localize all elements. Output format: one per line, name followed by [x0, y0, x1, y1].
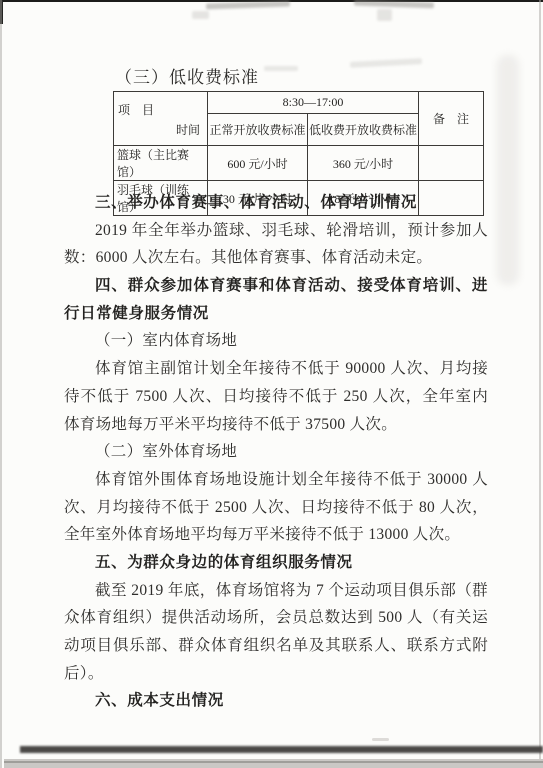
scan-smudge: [264, 66, 298, 71]
scan-smudge: [377, 9, 392, 21]
scan-top-edge: [0, 0, 543, 2]
scan-smudge: [206, 1, 290, 10]
body-text-line: 体育场地每万平米平均接待不低于 37500 人次。: [64, 411, 488, 439]
body-text-line: 数：6000 人次左右。其他体育赛事、体育活动未定。: [64, 244, 488, 272]
remark-cell: [419, 146, 484, 181]
body-text-line: （二）室外体育场地: [64, 438, 488, 466]
table-row: 篮球（主比赛馆）600 元/小时360 元/小时: [114, 146, 484, 181]
time-range-cell: 8:30—17:00: [208, 92, 419, 114]
scan-faint-dash: [372, 738, 389, 741]
scan-smudge: [350, 58, 422, 68]
body-text-line: 众体育组织）提供活动场所，会员总数达到 500 人（有关运: [64, 604, 488, 632]
item-cell: 篮球（主比赛馆）: [114, 146, 208, 181]
section-heading-line: 三、举办体育赛事、体育活动、体育培训情况: [64, 189, 488, 217]
section-heading-line: 六、成本支出情况: [64, 687, 488, 715]
normal-fee-cell: 600 元/小时: [208, 146, 308, 181]
body-text-line: 次、月均接待不低于 2500 人次、日均接待不低于 80 人次，: [64, 494, 488, 522]
body-text-line: 后）。: [64, 660, 488, 688]
body-text-line: 待不低于 7500 人次、日均接待不低于 250 人次，全年室内: [64, 383, 488, 411]
corner-time-label: 时间: [176, 121, 200, 138]
remark-header-cell: 备 注: [419, 92, 484, 146]
table-header-row-time: 时间 收费标准 项 目 8:30—17:00 备 注: [114, 92, 484, 114]
body-text-line: 体育馆主副馆计划全年接待不低于 90000 人次、月均接: [64, 355, 488, 383]
section-heading-line: 五、为群众身边的体育组织服务情况: [64, 549, 488, 577]
low-fee-cell: 360 元/小时: [308, 146, 419, 181]
scan-smudge: [354, 0, 434, 8]
scan-right-streak: [497, 55, 519, 285]
body-text-line: 体育馆外围体育场地设施计划全年接待不低于 30000 人: [64, 466, 488, 494]
body-text-line: （一）室内体育场地: [64, 327, 488, 355]
table-corner-cell: 时间 收费标准 项 目: [114, 92, 208, 146]
scan-left-edge: [0, 0, 2, 768]
body-text-line: 动项目俱乐部、群众体育组织名单及其联系人、联系方式附: [64, 632, 488, 660]
document-body-text: 三、举办体育赛事、体育活动、体育培训情况2019 年全年举办篮球、羽毛球、轮滑培…: [64, 189, 488, 715]
section-heading-low-fee-standard: （三）低收费标准: [115, 63, 259, 88]
body-text-line: 2019 年全年举办篮球、羽毛球、轮滑培训，预计参加人: [64, 217, 488, 245]
body-text-line: 截至 2019 年底，体育场馆将为 7 个运动项目俱乐部（群: [64, 577, 488, 605]
scan-left-corner: [0, 0, 3, 24]
low-fee-header-cell: 低收费开放收费标准: [308, 114, 419, 146]
scanned-document-page: （三）低收费标准 时间 收费标准 项 目 8:30—17:00 备 注 正常开放…: [0, 0, 543, 768]
scan-right-edge: [539, 0, 541, 768]
corner-fee-standard-label: 收费标准: [150, 144, 198, 146]
section-heading-line: 四、群众参加体育赛事和体育活动、接受体育培训、进: [64, 272, 488, 300]
normal-fee-header-cell: 正常开放收费标准: [208, 114, 308, 146]
scan-bottom-shadow: [20, 746, 543, 753]
scan-bottom-edge: [4, 759, 543, 768]
scan-bottom-line: [4, 761, 543, 763]
section-heading-line: 行日常健身服务情况: [64, 300, 488, 328]
body-text-line: 全年室外体育场地平均每万平米接待不低于 13000 人次。: [64, 521, 488, 549]
corner-item-label: 项 目: [118, 101, 154, 118]
scan-smudge: [192, 11, 209, 19]
